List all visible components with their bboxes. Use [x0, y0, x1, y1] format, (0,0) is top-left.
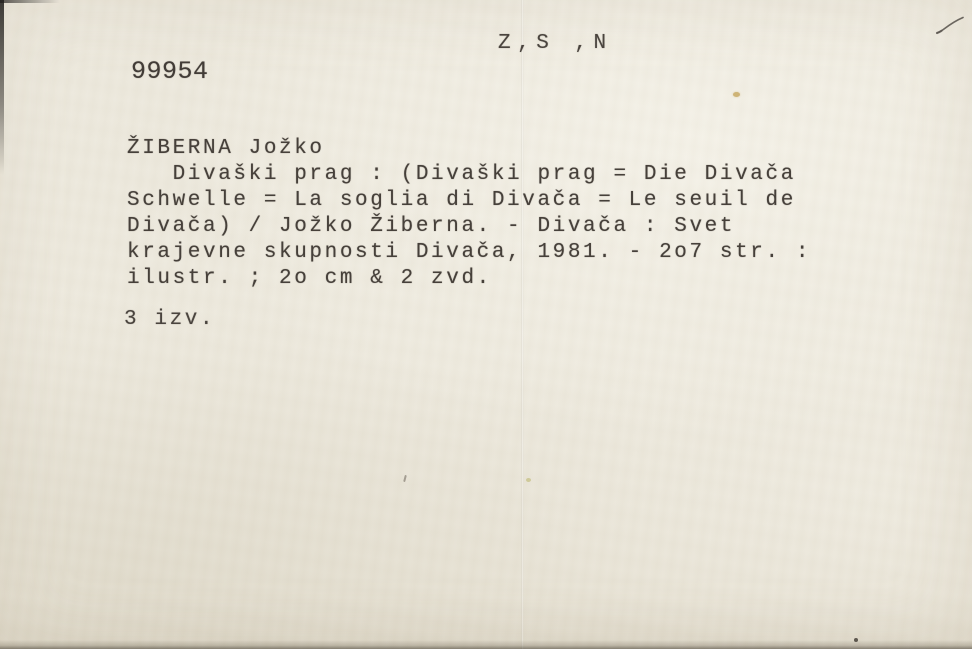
classification-code: Z,S ,N	[498, 32, 613, 55]
scan-edge-shadow-left	[0, 0, 4, 175]
vertical-crease	[521, 0, 524, 649]
scan-edge-shadow-top	[0, 0, 60, 3]
paper-speck	[526, 478, 531, 482]
paper-stain	[733, 92, 740, 97]
library-catalog-card: 99954 Z,S ,N ŽIBERNA Jožko Divaški prag …	[0, 0, 972, 649]
entry-heading-author: ŽIBERNA Jožko	[127, 136, 811, 162]
scan-edge-shadow-bottom	[0, 640, 972, 649]
copies-note: 3 izv.	[124, 308, 215, 331]
entry-line: Divaški prag : (Divaški prag = Die Divač…	[127, 162, 811, 188]
catalog-entry: ŽIBERNA Jožko Divaški prag : (Divaški pr…	[127, 136, 811, 292]
entry-line: Divača) / Jožko Žiberna. - Divača : Svet	[127, 214, 811, 240]
stray-mark	[403, 475, 407, 482]
accession-number: 99954	[131, 57, 209, 86]
entry-line: krajevne skupnosti Divača, 1981. - 2o7 s…	[127, 240, 811, 266]
entry-line: ilustr. ; 2o cm & 2 zvd.	[127, 266, 811, 292]
ink-speck	[854, 638, 858, 642]
entry-line: Schwelle = La soglia di Divača = Le seui…	[127, 188, 811, 214]
pen-checkmark-icon	[934, 14, 970, 40]
